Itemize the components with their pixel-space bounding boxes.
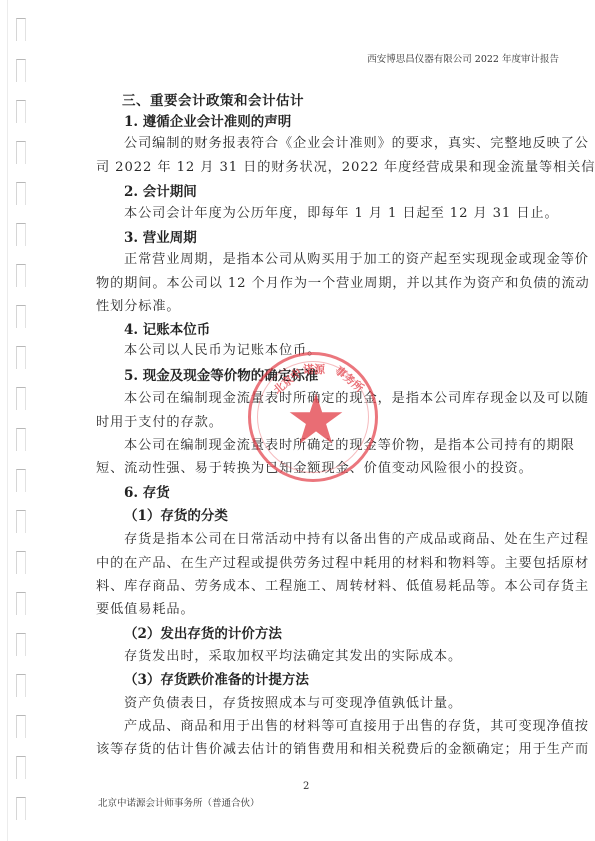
para-line: 中的在产品、在生产过程或提供劳务过程中耗用的材料和物料等。主要包括原材 — [96, 552, 589, 571]
binding-mark — [16, 551, 26, 574]
binding-mark — [16, 428, 26, 451]
binding-spine — [7, 0, 8, 841]
seal-text: 诺源 — [303, 361, 325, 377]
binding-mark — [16, 141, 26, 164]
para-line: 司 2022 年 12 月 31 日的财务状况，2022 年度经营成果和现金流量… — [96, 156, 595, 175]
page-header: 西安博思昌仪器有限公司 2022 年度审计报告 — [367, 51, 559, 65]
binding-mark — [16, 305, 26, 328]
binding-mark — [16, 18, 26, 41]
binding-mark — [16, 59, 26, 82]
para-line: 产成品、商品和用于出售的材料等可直接用于出售的存货，其可变现净值按 — [124, 715, 589, 734]
binding-mark — [16, 756, 26, 779]
para-line: 存货发出时，采取加权平均法确定其发出的实际成本。 — [124, 645, 462, 664]
para-line: 料、库存商品、劳务成本、工程施工、周转材料、低值易耗品等。本公司存货主 — [96, 575, 589, 594]
binding-mark — [16, 715, 26, 738]
heading-2: 2. 会计期间 — [124, 180, 197, 200]
binding-mark — [16, 223, 26, 246]
para-line: 资产负债表日，存货按照成本与可变现净值孰低计量。 — [124, 692, 462, 711]
binding-mark — [16, 100, 26, 123]
para-line: 物的期间。本公司以 12 个月作为一个营业周期，并以其作为资产和负债的流动 — [96, 272, 590, 291]
para-line: 性划分标准。 — [96, 295, 181, 314]
seal-star-icon — [288, 391, 344, 447]
para-line: 要低值易耗品。 — [96, 598, 195, 617]
binding-mark — [16, 469, 26, 492]
subheading-3: （3）存货跌价准备的计提方法 — [124, 668, 309, 688]
binding-mark — [16, 264, 26, 287]
binding-mark — [16, 387, 26, 410]
para-line: 本公司会计年度为公历年度，即每年 1 月 1 日起至 12 月 31 日止。 — [124, 202, 559, 221]
page-footer: 北京中诺源会计师事务所（普通合伙） — [98, 795, 260, 809]
section-title: 三、重要会计政策和会计估计 — [122, 89, 304, 109]
subheading-1: （1）存货的分类 — [124, 504, 228, 524]
para-line: 正常营业周期，是指本公司从购买用于加工的资产起至实现现金或现金等价 — [124, 248, 589, 267]
binding-mark — [16, 346, 26, 369]
binding-mark — [16, 797, 26, 820]
binding-mark — [16, 633, 26, 656]
para-line: 公司编制的财务报表符合《企业会计准则》的要求，真实、完整地反映了公 — [124, 132, 589, 151]
binding-mark — [16, 674, 26, 697]
heading-4: 4. 记账本位币 — [124, 318, 210, 338]
para-line: 存货是指本公司在日常活动中持有以备出售的产成品或商品、处在生产过程 — [124, 528, 589, 547]
para-line: 时用于支付的存款。 — [96, 411, 223, 430]
binding-mark — [16, 592, 26, 615]
heading-1: 1. 遵循企业会计准则的声明 — [124, 110, 291, 130]
company-seal: 北京中 诺源 事务所 — [248, 352, 378, 482]
page-number: 2 — [303, 781, 309, 792]
heading-6: 6. 存货 — [124, 481, 170, 501]
subheading-2: （2）发出存货的计价方法 — [124, 622, 282, 642]
para-line: 该等存货的估计售价减去估计的销售费用和相关税费后的金额确定；用于生产而 — [96, 738, 589, 757]
binding-mark — [16, 182, 26, 205]
binding-mark — [16, 510, 26, 533]
heading-3: 3. 营业周期 — [124, 226, 197, 246]
